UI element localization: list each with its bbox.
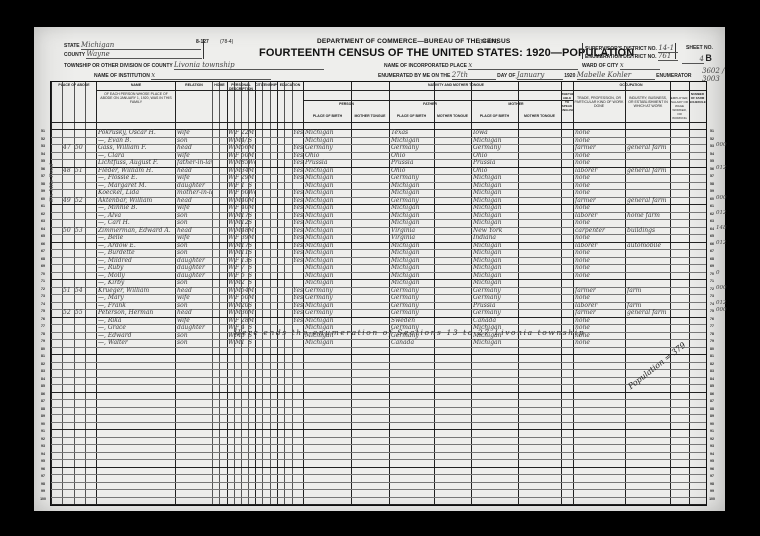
cell-pob: Michigan xyxy=(305,249,351,257)
row-number-right: 54 xyxy=(707,151,717,159)
cell-ms: Wd xyxy=(248,189,255,197)
row-number-left: 91 xyxy=(38,428,48,436)
row-number-left: 67 xyxy=(38,248,48,256)
cell-ms: M xyxy=(248,204,255,212)
sheet-value: 4 xyxy=(682,55,704,64)
row-line xyxy=(51,422,706,423)
cell-fpob: Michigan xyxy=(391,212,434,220)
cell-ind: general farm xyxy=(627,309,670,317)
table-row: —, FranksonMW20SYesMichiganGermanyPrussi… xyxy=(51,302,706,310)
cell-occ: farmer xyxy=(575,197,625,205)
cell-race: W xyxy=(228,309,234,317)
cell-eng: Yes xyxy=(293,212,303,220)
cell-occ: none xyxy=(575,174,625,182)
cell-rel: son xyxy=(177,137,212,145)
cell-race: W xyxy=(228,272,234,280)
cell-mpob: Michigan xyxy=(473,339,518,347)
cell-occ: none xyxy=(575,189,625,197)
cell-occ: none xyxy=(575,129,625,137)
incorporated-label: Name of incorporated place xyxy=(384,63,467,69)
row-number-left: 62 xyxy=(38,211,48,219)
cell-fpob: Virginia xyxy=(391,234,434,242)
table-row: —, Evan B.sonMW4/12SMichiganMichiganMich… xyxy=(51,137,706,145)
cell-age: 5 xyxy=(241,272,248,280)
enumerated-label: Enumerated by me on the xyxy=(378,73,450,79)
table-row: Koeckel, Lidamother-in-lawFW60WdYesMichi… xyxy=(51,189,706,197)
cell-mpob: Germany xyxy=(473,287,518,295)
row-number-right: 96 xyxy=(707,466,717,474)
row-number-right: 85 xyxy=(707,383,717,391)
cell-rel: son xyxy=(177,212,212,220)
cell-age: 36 xyxy=(241,309,248,317)
row-number-left: 55 xyxy=(38,158,48,166)
cell-mpob: Michigan xyxy=(473,137,518,145)
cell-dw: 51 xyxy=(63,287,74,295)
cell-eng: Yes xyxy=(293,167,303,175)
cell-name: —, Molly xyxy=(98,272,175,280)
cell-pob: Michigan xyxy=(305,264,351,272)
cell-eng: Yes xyxy=(293,219,303,227)
row-number-right: 84 xyxy=(707,376,717,384)
form-code: (78-4) xyxy=(220,39,233,45)
cell-rel: wife xyxy=(177,129,212,137)
row-number-right: 58 xyxy=(707,181,717,189)
cell-occ: none xyxy=(575,137,625,145)
table-row: —, MollydaughterFW5SMichiganMichiganMich… xyxy=(51,272,706,280)
cell-rel: daughter xyxy=(177,182,212,190)
sheet-label: Sheet No. xyxy=(686,45,713,51)
cell-name: Gass, William F. xyxy=(98,144,175,152)
margin-code-note: 000 xyxy=(716,307,727,313)
margin-code-note: 012 xyxy=(716,165,727,171)
cell-eng: Yes xyxy=(293,257,303,265)
cell-name: —, Evan B. xyxy=(98,137,175,145)
row-number-right: 89 xyxy=(707,413,717,421)
cell-age: 4/12 xyxy=(241,137,248,145)
cell-age: 40 xyxy=(241,197,248,205)
cell-age: 12 xyxy=(241,219,248,227)
row-number-left: 98 xyxy=(38,481,48,489)
cell-fam: 54 xyxy=(75,287,85,295)
cell-race: W xyxy=(228,302,234,310)
row-number-right: 92 xyxy=(707,436,717,444)
cell-ms: M xyxy=(248,129,255,137)
cell-dw: 52 xyxy=(63,309,74,317)
cell-race: W xyxy=(228,317,234,325)
row-number-left: 69 xyxy=(38,263,48,271)
cell-fpob: Michigan xyxy=(391,264,434,272)
cell-eng: Yes xyxy=(293,152,303,160)
cell-name: Lichtfuss, August F. xyxy=(98,159,175,167)
cell-age: 50 xyxy=(241,152,248,160)
cell-ind: general farm xyxy=(627,167,670,175)
row-number-left: 93 xyxy=(38,443,48,451)
table-row: —, WaltersonMW1SMichiganCanadaMichiganno… xyxy=(51,339,706,347)
cell-age: 13 xyxy=(241,257,248,265)
cell-occ: laborer xyxy=(575,242,625,250)
cell-name: Krueger, William xyxy=(98,287,175,295)
cell-occ: none xyxy=(575,294,625,302)
cell-age: 50 xyxy=(241,294,248,302)
year: 1920 xyxy=(564,73,575,79)
cell-rel: daughter xyxy=(177,264,212,272)
cell-occ: laborer xyxy=(575,212,625,220)
cell-pob: Germany xyxy=(305,294,351,302)
cell-mpob: Indiana xyxy=(473,234,518,242)
row-number-left: 54 xyxy=(38,151,48,159)
cell-age: 28 xyxy=(241,317,248,325)
ed-value: 761 xyxy=(658,52,678,61)
cell-occ: none xyxy=(575,249,625,257)
table-row: —, MarywifeFW50MYesGermanyGermanyGermany… xyxy=(51,294,706,302)
census-title: FOURTEENTH CENSUS OF THE UNITED STATES: … xyxy=(259,47,634,59)
row-line xyxy=(51,497,706,498)
cell-mpob: Michigan xyxy=(473,249,518,257)
table-row: —, Carl H.sonMW12SYesMichiganMichiganMic… xyxy=(51,219,706,227)
row-number-right: 77 xyxy=(707,323,717,331)
cell-pob: Michigan xyxy=(305,272,351,280)
cell-age: 48 xyxy=(241,227,248,235)
col-employer: Employer, salary or wage worker, or work… xyxy=(670,96,689,120)
institution-value: x xyxy=(151,71,271,80)
row-number-left: 92 xyxy=(38,436,48,444)
col-occupation: Occupation xyxy=(573,83,689,87)
col-english: Whether able to speak English xyxy=(561,92,573,120)
cell-eng: Yes xyxy=(293,242,303,250)
day-of-label: day of xyxy=(497,73,515,79)
cell-ms: M xyxy=(248,167,255,175)
cell-ms: S xyxy=(248,272,255,280)
township-label: Township or other division of county xyxy=(64,63,173,69)
col-father-pob: Place of birth xyxy=(389,114,434,118)
cell-occ: farmer xyxy=(575,144,625,152)
cell-ms: M xyxy=(248,287,255,295)
row-number-left: 94 xyxy=(38,451,48,459)
cell-ms: S xyxy=(248,242,255,250)
cell-ms: S xyxy=(248,339,255,347)
col-name-desc: of each person whose place of abode on J… xyxy=(99,92,173,104)
row-number-right: 88 xyxy=(707,406,717,414)
cell-pob: Germany xyxy=(305,144,351,152)
sheet-field: 4 B xyxy=(682,53,712,64)
cell-ms: M xyxy=(248,317,255,325)
cell-dw: 47 xyxy=(63,144,74,152)
cell-fpob: Michigan xyxy=(391,189,434,197)
cell-fam: 53 xyxy=(75,227,85,235)
cell-fpob: Germany xyxy=(391,287,434,295)
cell-eng: Yes xyxy=(293,197,303,205)
cell-age: 17 xyxy=(241,242,248,250)
cell-ms: M xyxy=(248,144,255,152)
cell-rel: head xyxy=(177,167,212,175)
cell-fpob: Canada xyxy=(391,339,434,347)
row-number-right: 94 xyxy=(707,451,717,459)
cell-fpob: Prussia xyxy=(391,159,434,167)
cell-ms: M xyxy=(248,294,255,302)
row-number-left: 74 xyxy=(38,301,48,309)
cell-race: W xyxy=(228,294,234,302)
cell-eng: Yes xyxy=(293,189,303,197)
cell-mpob: Ohio xyxy=(473,152,518,160)
cell-name: —, Clara xyxy=(98,152,175,160)
cell-mpob: Michigan xyxy=(473,279,518,287)
col-trade: Trade, profession, or particular kind of… xyxy=(574,96,624,118)
cell-name: Peterson, Herman xyxy=(98,309,175,317)
ed-field: Enumeration District No. 761 xyxy=(585,52,678,61)
row-number-left: 71 xyxy=(38,278,48,286)
table-row: —, Flossie E.wifeFW29MYesMichiganGermany… xyxy=(51,174,706,182)
cell-race: W xyxy=(228,279,234,287)
cell-rel: wife xyxy=(177,204,212,212)
cell-mpob: Michigan xyxy=(473,212,518,220)
cell-ms: M xyxy=(248,174,255,182)
cell-ms: M xyxy=(248,234,255,242)
cell-occ: none xyxy=(575,152,625,160)
cell-mpob: Germany xyxy=(473,144,518,152)
row-number-right: 67 xyxy=(707,248,717,256)
row-number-right: 98 xyxy=(707,481,717,489)
col-nativity: Nativity and Mother Tongue xyxy=(351,83,561,87)
cell-name: —, Burdette xyxy=(98,249,175,257)
cell-pob: Michigan xyxy=(305,234,351,242)
cell-eng: Yes xyxy=(293,294,303,302)
cell-pob: Germany xyxy=(305,287,351,295)
margin-code-note: 148 xyxy=(716,225,727,231)
cell-rel: son xyxy=(177,249,212,257)
cell-rel: son xyxy=(177,279,212,287)
row-number-left: 86 xyxy=(38,391,48,399)
cell-pob: Michigan xyxy=(305,242,351,250)
enumerator-name: Mabelle Kohler xyxy=(577,71,655,80)
row-number-left: 70 xyxy=(38,271,48,279)
margin-code-note: 000 xyxy=(716,285,727,291)
cell-ms: S xyxy=(248,302,255,310)
col-farm-schedule: Number of farm schedule xyxy=(689,92,706,118)
cell-dw: 48 xyxy=(63,167,74,175)
row-number-left: 84 xyxy=(38,376,48,384)
row-number-left: 72 xyxy=(38,286,48,294)
cell-pob: Michigan xyxy=(305,204,351,212)
cell-ms: M xyxy=(248,227,255,235)
cell-fpob: Germany xyxy=(391,174,434,182)
cell-name: —, Mary xyxy=(98,294,175,302)
row-line xyxy=(51,474,706,475)
cell-mpob: Iowa xyxy=(473,129,518,137)
cell-name: —, Minnie B. xyxy=(98,204,175,212)
census-table: Place of Abode Name of each person whose… xyxy=(50,81,707,506)
table-row: —, Margaret M.daughterFW1SMichiganMichig… xyxy=(51,182,706,190)
cell-ms: M xyxy=(248,197,255,205)
cell-pob: Michigan xyxy=(305,302,351,310)
cell-occ: none xyxy=(575,159,625,167)
cell-ms: S xyxy=(248,219,255,227)
cell-occ: none xyxy=(575,317,625,325)
row-number-right: 100 xyxy=(707,496,717,504)
cell-name: —, Kirby xyxy=(98,279,175,287)
cell-pob: Michigan xyxy=(305,182,351,190)
cell-name: —, Edward xyxy=(98,332,175,340)
cell-age: 11 xyxy=(241,249,248,257)
cell-ind: buildings xyxy=(627,227,670,235)
row-number-left: 100 xyxy=(38,496,48,504)
cell-ind: farm xyxy=(627,302,670,310)
row-line xyxy=(51,407,706,408)
cell-pob: Michigan xyxy=(305,174,351,182)
cell-mpob: Michigan xyxy=(473,219,518,227)
row-number-left: 52 xyxy=(38,136,48,144)
row-line xyxy=(51,384,706,385)
cell-fpob: Michigan xyxy=(391,249,434,257)
cell-name: —, Rika xyxy=(98,317,175,325)
cell-rel: father-in-law xyxy=(177,159,212,167)
cell-dw: 50 xyxy=(63,227,74,235)
cell-eng: Yes xyxy=(293,204,303,212)
row-number-left: 87 xyxy=(38,398,48,406)
cell-ind: automobile xyxy=(627,242,670,250)
table-row: —, BellewifeFW39MYesMichiganVirginiaIndi… xyxy=(51,234,706,242)
col-relation: Relation xyxy=(176,83,212,87)
cell-rel: son xyxy=(177,219,212,227)
ward-field: Ward of city x xyxy=(582,61,660,70)
col-father-tongue: Mother tongue xyxy=(434,114,471,118)
cell-race: W xyxy=(228,257,234,265)
row-number-left: 68 xyxy=(38,256,48,264)
cell-pob: Michigan xyxy=(305,227,351,235)
enumerated-month: January xyxy=(517,71,563,80)
cell-race: W xyxy=(228,227,234,235)
cell-race: W xyxy=(228,204,234,212)
row-number-right: 91 xyxy=(707,428,717,436)
cell-name: Koeckel, Lida xyxy=(98,189,175,197)
row-number-right: 82 xyxy=(707,361,717,369)
row-line xyxy=(51,362,706,363)
row-number-right: 83 xyxy=(707,368,717,376)
cell-age: 7 xyxy=(241,264,248,272)
cell-mpob: Michigan xyxy=(473,189,518,197)
cell-rel: son xyxy=(177,339,212,347)
table-row: —, MildreddaughterFW13SYesMichiganMichig… xyxy=(51,257,706,265)
cell-ms: Wd xyxy=(248,159,255,167)
col-name: Name xyxy=(97,83,175,87)
cell-eng: Yes xyxy=(293,144,303,152)
institution-label: Name of Institution xyxy=(94,73,150,79)
cell-fpob: Virginia xyxy=(391,227,434,235)
cell-rel: wife xyxy=(177,317,212,325)
col-citizenship: Citizenship xyxy=(255,83,277,87)
row-number-right: 99 xyxy=(707,488,717,496)
cell-eng: Yes xyxy=(293,234,303,242)
cell-race: W xyxy=(228,197,234,205)
cell-name: —, Belle xyxy=(98,234,175,242)
table-row: 5053Zimmerman, Edward A.headMW48MYesMich… xyxy=(51,227,706,235)
cell-pob: Michigan xyxy=(305,339,351,347)
col-mother: Mother xyxy=(471,102,561,106)
col-place-of-abode: Place of Abode xyxy=(52,83,96,87)
row-line xyxy=(51,377,706,378)
cell-occ: none xyxy=(575,264,625,272)
row-number-left: 61 xyxy=(38,203,48,211)
cell-race: W xyxy=(228,189,234,197)
cell-pob: Michigan xyxy=(305,257,351,265)
cell-age: 60 xyxy=(241,189,248,197)
cell-mpob: Michigan xyxy=(473,264,518,272)
row-line xyxy=(51,459,706,460)
row-number-left: 99 xyxy=(38,488,48,496)
row-line xyxy=(51,369,706,370)
table-row: 4750Gass, William F.headMW56MYesGermanyG… xyxy=(51,144,706,152)
margin-code-note: 012 xyxy=(716,300,727,306)
state-label: State xyxy=(64,43,80,49)
cell-mpob: Germany xyxy=(473,309,518,317)
table-row: —, Ardow E.sonMW17SYesMichiganMichiganMi… xyxy=(51,242,706,250)
table-row: —, ClarawifeFW50MYesOhioOhioOhionone xyxy=(51,152,706,160)
cell-rel: mother-in-law xyxy=(177,189,212,197)
row-line xyxy=(51,392,706,393)
row-number-right: 78 xyxy=(707,331,717,339)
table-row: 5154Krueger, WilliamheadMW54MYesGermanyG… xyxy=(51,287,706,295)
cell-mpob: Prussia xyxy=(473,159,518,167)
cell-fpob: Michigan xyxy=(391,204,434,212)
row-number-left: 81 xyxy=(38,353,48,361)
col-mother-tongue: Mother tongue xyxy=(518,114,561,118)
col-person-pob: Place of birth xyxy=(304,114,351,118)
cell-age: 1 xyxy=(241,339,248,347)
cell-mpob: Michigan xyxy=(473,272,518,280)
cell-rel: wife xyxy=(177,152,212,160)
ward-label: Ward of city xyxy=(582,63,618,69)
cell-name: Fleder, William H. xyxy=(98,167,175,175)
row-number-left: 66 xyxy=(38,241,48,249)
cell-mpob: Michigan xyxy=(473,257,518,265)
cell-pob: Michigan xyxy=(305,197,351,205)
row-number-left: 80 xyxy=(38,346,48,354)
row-line xyxy=(51,429,706,430)
cell-rel: head xyxy=(177,309,212,317)
row-number-left: 95 xyxy=(38,458,48,466)
cell-race: W xyxy=(228,242,234,250)
col-industry: Industry, business, or establishment in … xyxy=(626,96,670,118)
row-number-left: 79 xyxy=(38,338,48,346)
cell-race: W xyxy=(228,144,234,152)
sheet-side: B xyxy=(705,53,712,63)
cell-age: 1 xyxy=(241,182,248,190)
row-number-right: 87 xyxy=(707,398,717,406)
cell-ms: S xyxy=(248,182,255,190)
cell-dw: 49 xyxy=(63,197,74,205)
row-number-right: 68 xyxy=(707,256,717,264)
row-number-left: 56 xyxy=(38,166,48,174)
row-number-right: 93 xyxy=(707,443,717,451)
cell-age: 85 xyxy=(241,159,248,167)
district-box: Supervisor's District No. 14-1 Enumerati… xyxy=(582,43,676,59)
row-line xyxy=(51,354,706,355)
cell-rel: son xyxy=(177,332,212,340)
row-number-left: 76 xyxy=(38,316,48,324)
table-row xyxy=(51,347,706,355)
cell-fpob: Germany xyxy=(391,294,434,302)
cell-eng: Yes xyxy=(293,302,303,310)
cell-eng: Yes xyxy=(293,174,303,182)
cell-age: 22 xyxy=(241,129,248,137)
cell-rel: head xyxy=(177,287,212,295)
cell-occ: none xyxy=(575,204,625,212)
department-code: (84-490) xyxy=(479,39,498,45)
row-line xyxy=(51,467,706,468)
cell-pob: Michigan xyxy=(305,189,351,197)
township-field: Township or other division of county Liv… xyxy=(64,61,324,70)
cell-rel: daughter xyxy=(177,257,212,265)
cell-age: 40 xyxy=(241,204,248,212)
